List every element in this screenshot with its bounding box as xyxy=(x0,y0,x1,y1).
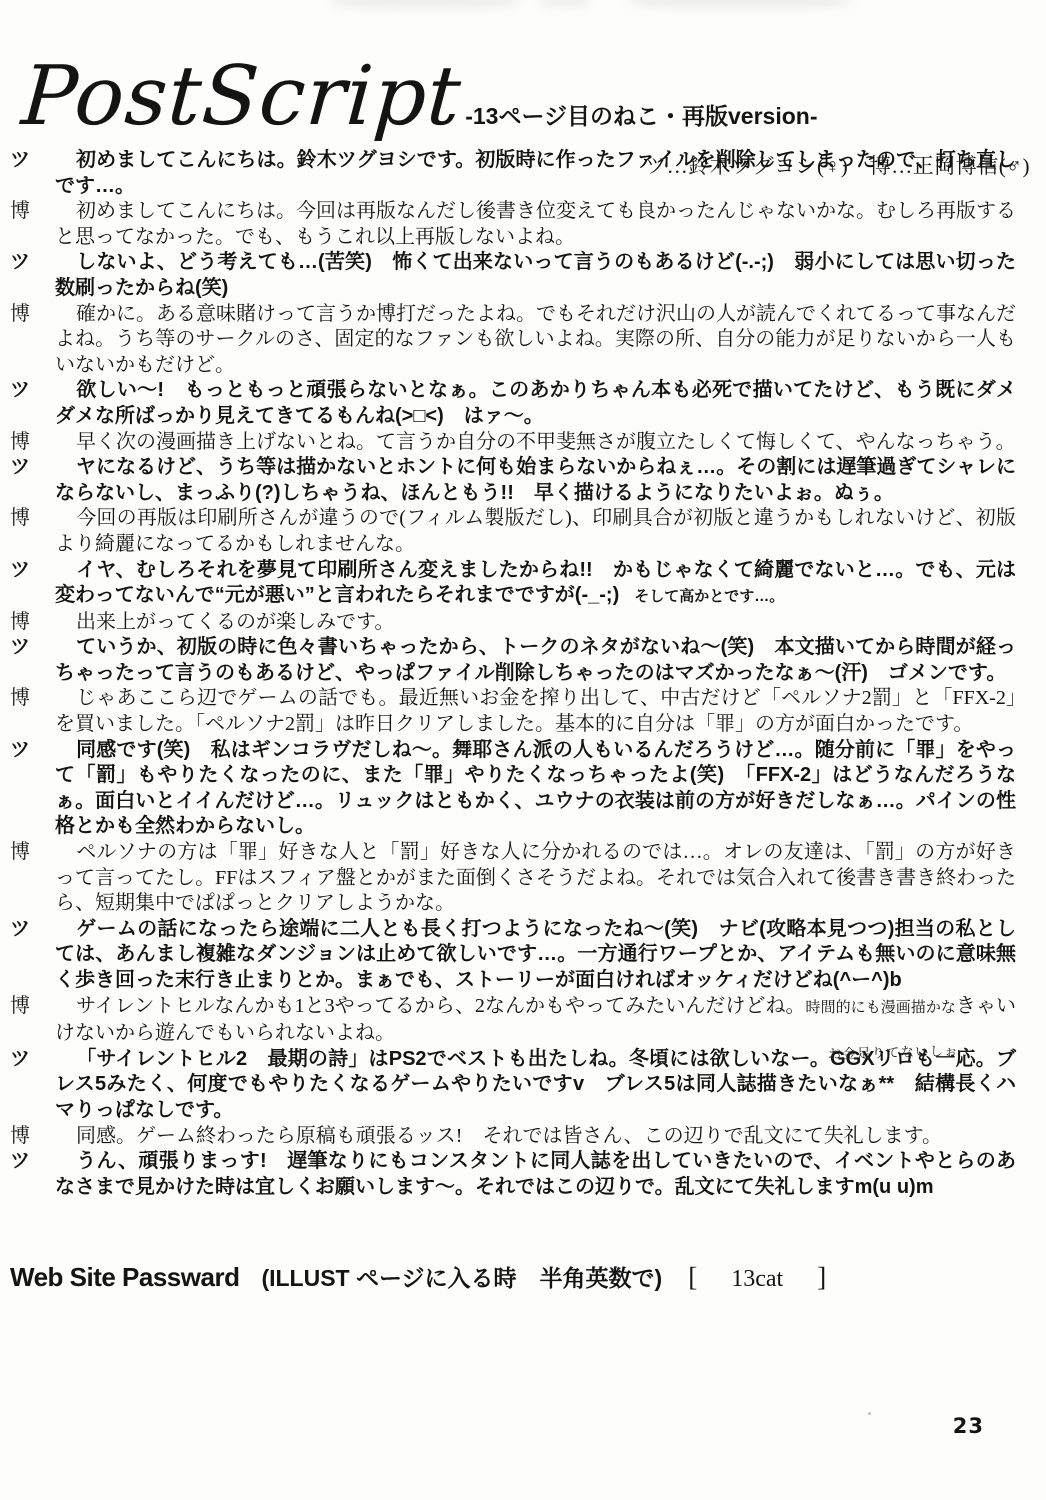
bracket-open: [ xyxy=(688,1262,697,1293)
scan-speck xyxy=(868,1412,871,1415)
page-title: PostScript xyxy=(19,56,464,138)
dialogue-entry: 博出来上がってくるのが楽しみです。 xyxy=(10,610,1016,636)
dialogue-entry: 博初めましてこんにちは。今回は再版なんだし後書き位変えても良かったんじゃないかな… xyxy=(10,199,1016,250)
scan-smudge xyxy=(540,0,590,6)
dialogue-entry: ツうん、頑張りまっす! 遅筆なりにもコンスタントに同人誌を出していきたいので、イ… xyxy=(10,1149,1016,1200)
speaker-label: 博 xyxy=(10,610,76,636)
speaker-label: 博 xyxy=(10,199,76,225)
speaker-label: ツ xyxy=(10,635,76,661)
handwritten-note: お金足りてないしぉ xyxy=(828,1039,959,1062)
dialogue-entry: ツ同感です(笑) 私はギンコラヴだしね～。舞耶さん派の人もいるんだろうけど…。随… xyxy=(10,738,1016,840)
speaker-label: 博 xyxy=(10,840,76,866)
dialogue-text: じゃあここら辺でゲームの話でも。最近無いお金を搾り出して、中古だけど「ペルソナ2… xyxy=(55,687,1016,735)
dialogue-text: そして高かとです…。 xyxy=(619,588,784,605)
dialogue-entry: ツイヤ、むしろそれを夢見て印刷所さん変えましたからね!! かもじゃなくて綺麗でな… xyxy=(10,558,1016,610)
dialogue-entry: 博同感。ゲーム終わったら原稿も頑張るッス! それでは皆さん、この辺りで乱文にて失… xyxy=(10,1124,1016,1150)
dialogue-text: 欲しい～! もっともっと頑張らないとなぁ。このあかりちゃん本も必死で描いてたけど… xyxy=(55,379,1016,427)
dialogue-text: ヤになるけど、うち等は描かないとホントに何も始まらないからねぇ…。その割には遅筆… xyxy=(55,456,1016,504)
dialogue-entry: 博じゃあここら辺でゲームの話でも。最近無いお金を搾り出して、中古だけど「ペルソナ… xyxy=(10,686,1016,737)
password-note: (ILLUST ページに入る時 半角英数で) xyxy=(261,1260,662,1293)
dialogue-entry: ツていうか、初版の時に色々書いちゃったから、トークのネタがないね～(笑) 本文描… xyxy=(10,635,1016,686)
dialogue-entry: 博早く次の漫画描き上げないとね。て言うか自分の不甲斐無さが腹立たしくて悔しくて、… xyxy=(10,430,1016,456)
speaker-label: ツ xyxy=(10,1047,76,1073)
dialogue-text: 今回の再版は印刷所さんが違うので(フィルム製版だし)、印刷具合が初版と違うかもし… xyxy=(55,507,1016,555)
dialogue-text: ゲームの話になったら途端に二人とも長く打つようになったね～(笑) ナビ(攻略本見… xyxy=(55,918,1016,991)
speakers-legend: ツ…鈴木ツグヨシ(♀) 博…正岡博信(♂) xyxy=(645,150,1030,180)
dialogue-entry: 博サイレントヒルなんかも1と3やってるから、2なんかもやってみたいんだけどね。時… xyxy=(10,994,1016,1047)
speaker-label: ツ xyxy=(10,455,76,481)
dialogue-text: 時間的にも漫画描かな xyxy=(806,1000,956,1016)
speaker-label: 博 xyxy=(10,430,76,456)
speaker-label: 博 xyxy=(10,302,76,328)
dialogue-entry: 博確かに。ある意味賭けって言うか博打だったよね。でもそれだけ沢山の人が読んでくれ… xyxy=(10,302,1016,379)
speaker-label: 博 xyxy=(10,1124,76,1150)
dialogue-text: ていうか、初版の時に色々書いちゃったから、トークのネタがないね～(笑) 本文描い… xyxy=(55,636,1016,684)
password-label: Web Site Passward xyxy=(10,1262,239,1293)
dialogue-text: イヤ、むしろそれを夢見て印刷所さん変えましたからね!! かもじゃなくて綺麗でない… xyxy=(55,559,1016,607)
speaker-label: ツ xyxy=(10,558,76,584)
password-value: 13cat xyxy=(731,1266,783,1293)
page-subtitle: -13ページ目のねこ・再版version- xyxy=(465,98,817,131)
dialogue-text: 出来上がってくるのが楽しみです。 xyxy=(76,611,394,633)
dialogue-text: サイレントヒルなんかも1と3やってるから、2なんかもやってみたいんだけどね。 xyxy=(76,995,806,1017)
speaker-label: ツ xyxy=(10,917,76,943)
dialogue-text: 同感。ゲーム終わったら原稿も頑張るッス! それでは皆さん、この辺りで乱文にて失礼… xyxy=(76,1125,942,1147)
dialogue-entry: ツゲームの話になったら途端に二人とも長く打つようになったね～(笑) ナビ(攻略本… xyxy=(10,917,1016,994)
dialogue-text: しないよ、どう考えても…(苦笑) 怖くて出来ないって言うのもあるけど(-.-;)… xyxy=(55,251,1016,299)
speaker-label: ツ xyxy=(10,738,76,764)
page-header: PostScript -13ページ目のねこ・再版version- xyxy=(0,0,1046,122)
dialogue-entry: ツヤになるけど、うち等は描かないとホントに何も始まらないからねぇ…。その割には遅… xyxy=(10,455,1016,506)
dialogue-text: 初めましてこんにちは。今回は再版なんだし後書き位変えても良かったんじゃないかな。… xyxy=(55,200,1016,248)
speaker-label: ツ xyxy=(10,250,76,276)
speaker-label: 博 xyxy=(10,994,76,1020)
dialogue-entry: 博ペルソナの方は「罪」好きな人と「罰」好きな人に分かれるのでは…。オレの友達は、… xyxy=(10,840,1016,917)
bracket-close: ] xyxy=(817,1262,826,1293)
speaker-label: 博 xyxy=(10,506,76,532)
dialogue-text: 早く次の漫画描き上げないとね。て言うか自分の不甲斐無さが腹立たしくて悔しくて、や… xyxy=(76,431,1016,453)
dialogue-entry: 博今回の再版は印刷所さんが違うので(フィルム製版だし)、印刷具合が初版と違うかも… xyxy=(10,506,1016,557)
speaker-label: ツ xyxy=(10,1149,76,1175)
speaker-label: ツ xyxy=(10,148,76,174)
speaker-label: 博 xyxy=(10,686,76,712)
scanned-page: PostScript -13ページ目のねこ・再版version- ツ…鈴木ツグヨ… xyxy=(0,0,1046,1500)
dialogue-entry: ツ欲しい～! もっともっと頑張らないとなぁ。このあかりちゃん本も必死で描いてたけ… xyxy=(10,378,1016,429)
dialogue-entry: ツしないよ、どう考えても…(苦笑) 怖くて出来ないって言うのもあるけど(-.-;… xyxy=(10,250,1016,301)
dialogue-text: ペルソナの方は「罪」好きな人と「罰」好きな人に分かれるのでは…。オレの友達は、「… xyxy=(55,841,1016,914)
dialogue-text: 同感です(笑) 私はギンコラヴだしね～。舞耶さん派の人もいるんだろうけど…。随分… xyxy=(55,739,1016,838)
dialogue-text: うん、頑張りまっす! 遅筆なりにもコンスタントに同人誌を出していきたいので、イベ… xyxy=(55,1150,1016,1198)
page-number: 23 xyxy=(953,1414,984,1438)
website-password-row: Web Site Passward (ILLUST ページに入る時 半角英数で)… xyxy=(10,1260,826,1293)
speaker-label: ツ xyxy=(10,378,76,404)
dialogue-text: 確かに。ある意味賭けって言うか博打だったよね。でもそれだけ沢山の人が読んでくれて… xyxy=(55,303,1016,376)
